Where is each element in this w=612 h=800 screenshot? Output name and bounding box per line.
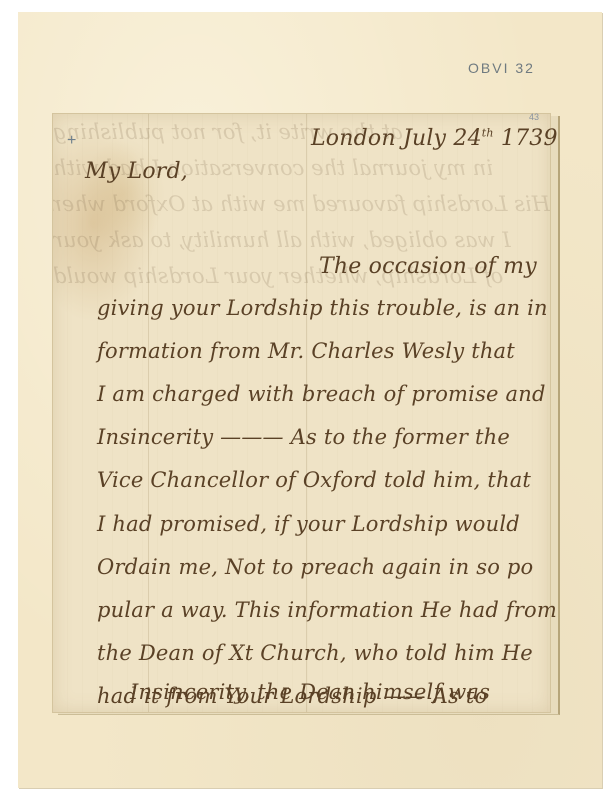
letter-page: at the write it, for not publishing in m… [52,113,551,713]
bleed-through-text: His Lordship favoured me with at Oxford … [53,192,550,216]
margin-mark: + [67,132,76,150]
letter-line-3: formation from Mr. Charles Wesly that [97,339,515,363]
letter-line-4: I am charged with breach of promise and [97,382,546,406]
letter-line-8: Ordain me, Not to preach again in so po [97,555,533,579]
letter-line-12: Insincerity, the Dean himself was [130,680,490,704]
bleed-through-text: I was obliged, with all humility, to ask… [53,228,550,252]
dateline-date-suffix: th [482,127,494,140]
letter-stack: at the write it, for not publishing in m… [52,113,555,716]
letter-line-2: giving your Lordship this trouble, is an… [97,296,548,320]
dateline-year: 1739 [501,126,558,151]
salutation: My Lord, [85,159,188,184]
letter-line-10: the Dean of Xt Church, who told him He [97,641,533,665]
letter-line-5: Insincerity ——— As to the former the [97,425,510,449]
letter-line-6: Vice Chancellor of Oxford told him, that [97,468,531,492]
letter-line-1: The occasion of my [319,254,537,279]
letter-line-7: I had promised, if your Lordship would [97,512,520,536]
dateline-date: July 24 [403,126,482,151]
dateline: London July 24th 1739 [311,126,558,151]
catalog-label: OBVI 32 [468,60,535,76]
letter-line-9: pular a way. This information He had fro… [97,598,557,622]
dateline-place: London [311,126,396,151]
folio-number: 43 [529,112,539,122]
archival-mount: OBVI 32 at the write it, for not publish… [18,12,602,788]
